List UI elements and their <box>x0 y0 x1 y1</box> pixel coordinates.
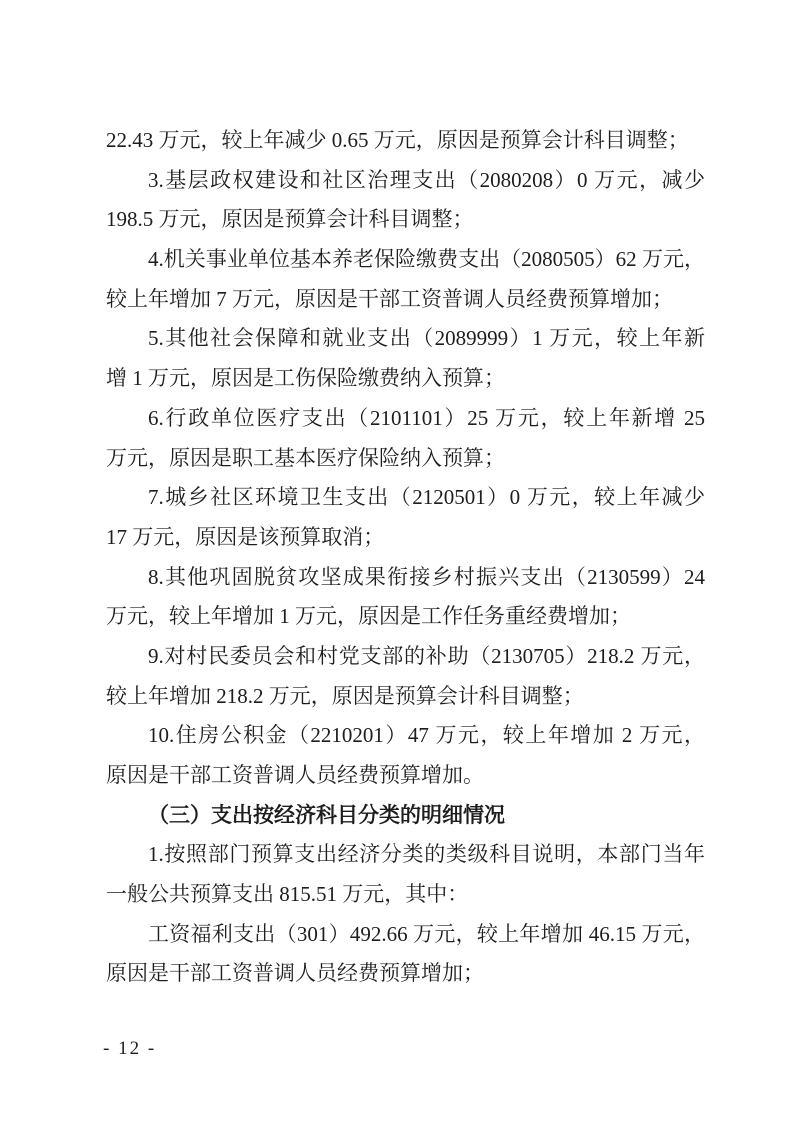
text-line: 8.其他巩固脱贫攻坚成果衔接乡村振兴支出（2130599）24 <box>106 558 705 598</box>
text-line: 17 万元，原因是该预算取消； <box>106 518 705 558</box>
text-line: 22.43 万元，较上年减少 0.65 万元，原因是预算会计科目调整； <box>106 121 705 161</box>
text-line: 198.5 万元，原因是预算会计科目调整； <box>106 200 705 240</box>
text-line: 10.住房公积金（2210201）47 万元，较上年增加 2 万元， <box>106 716 705 756</box>
text-line: 4.机关事业单位基本养老保险缴费支出（2080505）62 万元， <box>106 240 705 280</box>
text-line: 原因是干部工资普调人员经费预算增加。 <box>106 756 705 796</box>
document-body: 22.43 万元，较上年减少 0.65 万元，原因是预算会计科目调整； 3.基层… <box>106 121 705 994</box>
text-line: 工资福利支出（301）492.66 万元，较上年增加 46.15 万元， <box>106 915 705 955</box>
text-line: 7.城乡社区环境卫生支出（2120501）0 万元，较上年减少 <box>106 478 705 518</box>
text-line: 万元，较上年增加 1 万元，原因是工作任务重经费增加； <box>106 597 705 637</box>
text-line: 6.行政单位医疗支出（2101101）25 万元，较上年新增 25 <box>106 399 705 439</box>
text-line: 3.基层政权建设和社区治理支出（2080208）0 万元，减少 <box>106 161 705 201</box>
section-heading: （三）支出按经济科目分类的明细情况 <box>106 796 705 836</box>
document-page: 22.43 万元，较上年减少 0.65 万元，原因是预算会计科目调整； 3.基层… <box>0 0 793 1122</box>
text-line: 1.按照部门预算支出经济分类的类级科目说明，本部门当年 <box>106 835 705 875</box>
text-line: 一般公共预算支出 815.51 万元，其中： <box>106 875 705 915</box>
text-line: 原因是干部工资普调人员经费预算增加； <box>106 954 705 994</box>
text-line: 较上年增加 7 万元，原因是干部工资普调人员经费预算增加； <box>106 280 705 320</box>
text-line: 较上年增加 218.2 万元，原因是预算会计科目调整； <box>106 677 705 717</box>
text-line: 5.其他社会保障和就业支出（2089999）1 万元，较上年新 <box>106 319 705 359</box>
text-line: 增 1 万元，原因是工伤保险缴费纳入预算； <box>106 359 705 399</box>
page-number: - 12 - <box>103 1036 156 1062</box>
text-line: 9.对村民委员会和村党支部的补助（2130705）218.2 万元， <box>106 637 705 677</box>
text-line: 万元，原因是职工基本医疗保险纳入预算； <box>106 439 705 479</box>
